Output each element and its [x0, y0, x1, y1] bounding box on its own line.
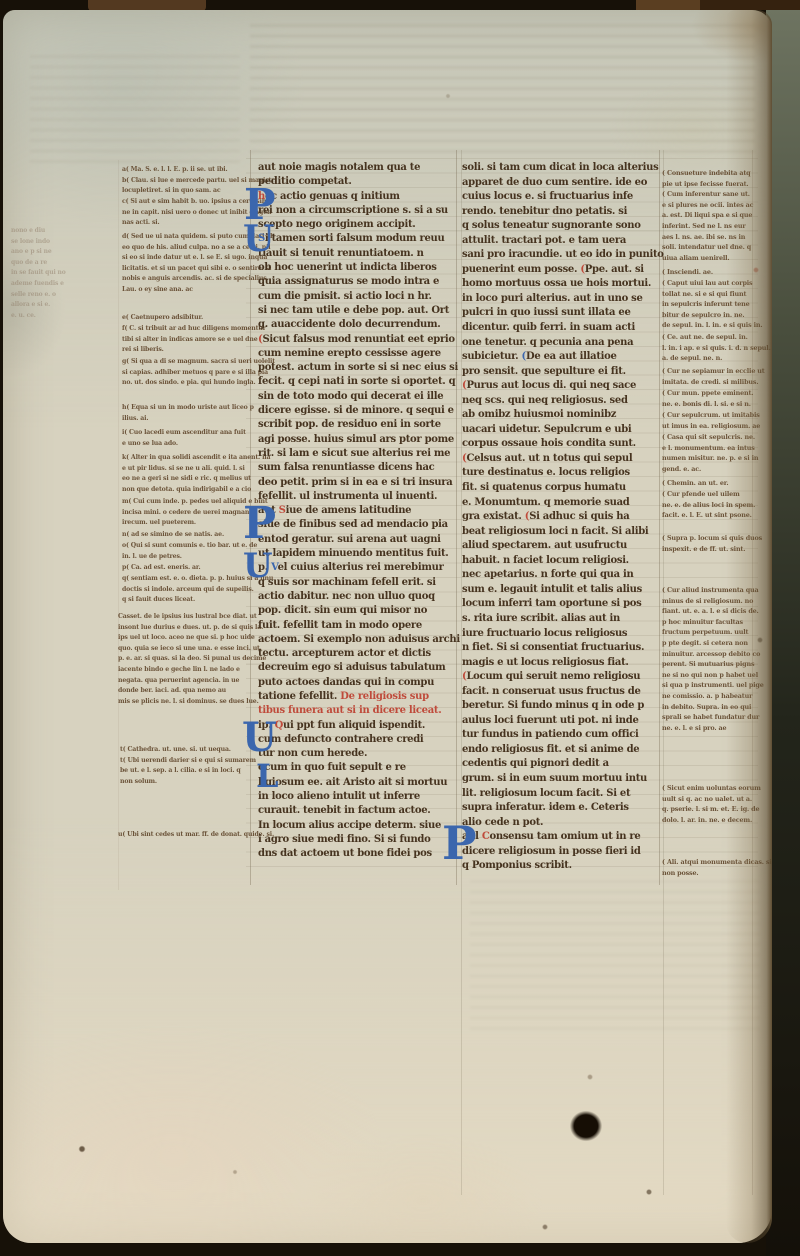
show-through-text	[470, 880, 760, 1030]
left-gloss-block: n( ad se simino de se natis. ae.	[122, 530, 262, 541]
illuminated-initial-P: P	[442, 820, 477, 866]
ruling-line-vertical	[118, 160, 119, 890]
left-gloss-block: h( Equa si un in modo uriste aut liceo p…	[122, 403, 262, 424]
page-right-edge	[726, 10, 772, 1243]
left-gloss-block: Casset. de le ipsius ius lustral bce dia…	[118, 612, 266, 707]
binding-top-patch	[700, 0, 800, 10]
main-text-column-1: aut noie magis notalem qua tepeditio com…	[258, 161, 460, 862]
left-gloss-block: i( Cuo lacedi eum ascenditur ana fuite u…	[122, 428, 262, 449]
left-gloss-block: o( Qui si sunt comunis e. tio bar. ut e.…	[122, 541, 262, 562]
left-gloss-block: f( C. si tribuit ar ad huc diligens mome…	[122, 324, 262, 356]
illuminated-initial-P: P	[243, 502, 276, 546]
illuminated-initial-U: U	[243, 221, 274, 257]
left-gloss-block: m( Cui cum inde. p. pedes uel aliquid e …	[122, 497, 262, 529]
left-gloss-block: k( Alter in qua solidi ascendit e ita an…	[122, 453, 262, 495]
parchment-page: nono e diuse lone indoano e p si nequo d…	[3, 10, 772, 1243]
show-through-text	[250, 24, 755, 154]
main-text-column-2: soli. si tam cum dicat in loca alteriusa…	[462, 161, 662, 874]
left-gloss-block: g( Si qua a di se magnum. sacra si ueri …	[122, 357, 262, 389]
left-gloss-block: d( Sed ue ui nata quidem. si puto cum da…	[122, 232, 262, 296]
illuminated-initial-L: L	[256, 760, 279, 792]
wormhole	[567, 1108, 605, 1144]
left-gloss-block: q( sentiam est. e. o. dieta. p. p. huius…	[122, 574, 262, 606]
illuminated-initial-U: U	[242, 718, 277, 758]
manuscript-photo: nono e diuse lone indoano e p si nequo d…	[0, 0, 800, 1256]
edge-gloss-block: nono e diuse lone indoano e p si nequo d…	[11, 226, 89, 321]
show-through-text	[30, 55, 240, 165]
left-gloss-block: a( Ma. S. e. l. l. E. p. ii se. ut ibi.b…	[122, 165, 262, 197]
illuminated-initial-U: U	[243, 549, 273, 583]
left-gloss-block: e( Caetnupero adsibitur.	[122, 313, 262, 324]
left-gloss-block: c( Si aut e sim habit b. uo. ipsius a ce…	[122, 197, 262, 229]
left-gloss-block: p( Ca. ad est. eneris. ar.	[122, 563, 262, 574]
